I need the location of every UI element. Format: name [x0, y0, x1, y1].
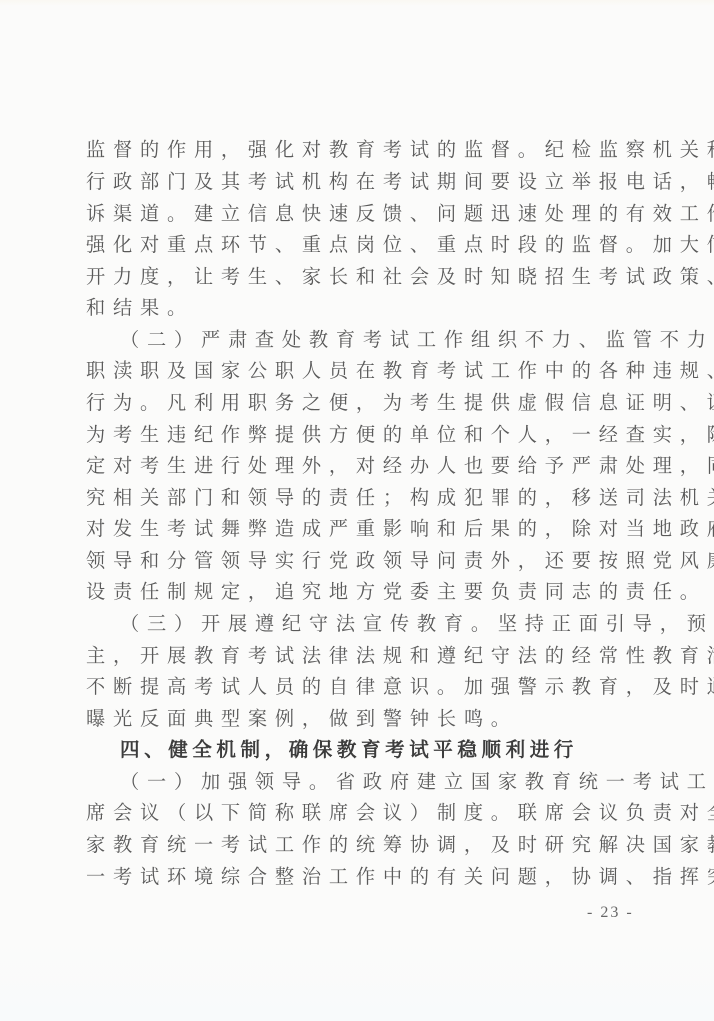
text-line: 监督的作用，强化对教育考试的监督。纪检监察机关和教育	[86, 134, 630, 165]
text-line: 强化对重点环节、重点岗位、重点时段的监督。加大信息公	[86, 229, 630, 260]
document-page: 监督的作用，强化对教育考试的监督。纪检监察机关和教育 行政部门及其考试机构在考试…	[0, 0, 714, 1021]
text-line: 为考生违纪作弊提供方便的单位和个人，一经查实，除按规	[86, 419, 630, 450]
section-heading: 四、健全机制，确保教育考试平稳顺利进行	[120, 734, 664, 765]
text-line: 家教育统一考试工作的统筹协调，及时研究解决国家教育统	[86, 829, 630, 860]
text-line: 和结果。	[86, 292, 630, 323]
text-line: 不断提高考试人员的自律意识。加强警示教育，及时通报、	[86, 671, 630, 702]
text-line: 领导和分管领导实行党政领导问责外，还要按照党风廉政建	[86, 545, 630, 576]
page-number: - 23 -	[587, 904, 634, 922]
text-line: 行为。凡利用职务之便，为考生提供虚假信息证明、证件，	[86, 387, 630, 418]
text-line: 曝光反面典型案例，做到警钟长鸣。	[86, 703, 630, 734]
paragraph-start-line: （三）开展遵纪守法宣传教育。坚持正面引导，预防为	[120, 608, 664, 639]
text-line: 席会议（以下简称联席会议）制度。联席会议负责对全省国	[86, 797, 630, 828]
text-line: 对发生考试舞弊造成严重影响和后果的，除对当地政府主要	[86, 513, 630, 544]
text-line: 究相关部门和领导的责任；构成犯罪的，移送司法机关处理。	[86, 482, 630, 513]
paragraph-start-line: （二）严肃查处教育考试工作组织不力、监管不力、失	[120, 324, 664, 355]
text-line: 行政部门及其考试机构在考试期间要设立举报电话，畅通投	[86, 166, 630, 197]
text-line: 诉渠道。建立信息快速反馈、问题迅速处理的有效工作机制，	[86, 198, 630, 229]
text-line: 定对考生进行处理外，对经办人也要给予严肃处理，同时追	[86, 450, 630, 481]
text-line: 一考试环境综合整治工作中的有关问题，协调、指挥突发事	[86, 861, 630, 892]
text-line: 开力度，让考生、家长和社会及时知晓招生考试政策、程序	[86, 261, 630, 292]
paragraph-start-line: （一）加强领导。省政府建立国家教育统一考试工作联	[120, 766, 664, 797]
text-line: 主，开展教育考试法律法规和遵纪守法的经常性教育活动，	[86, 640, 630, 671]
text-line: 设责任制规定，追究地方党委主要负责同志的责任。	[86, 576, 630, 607]
text-line: 职渎职及国家公职人员在教育考试工作中的各种违规、违纪	[86, 355, 630, 386]
